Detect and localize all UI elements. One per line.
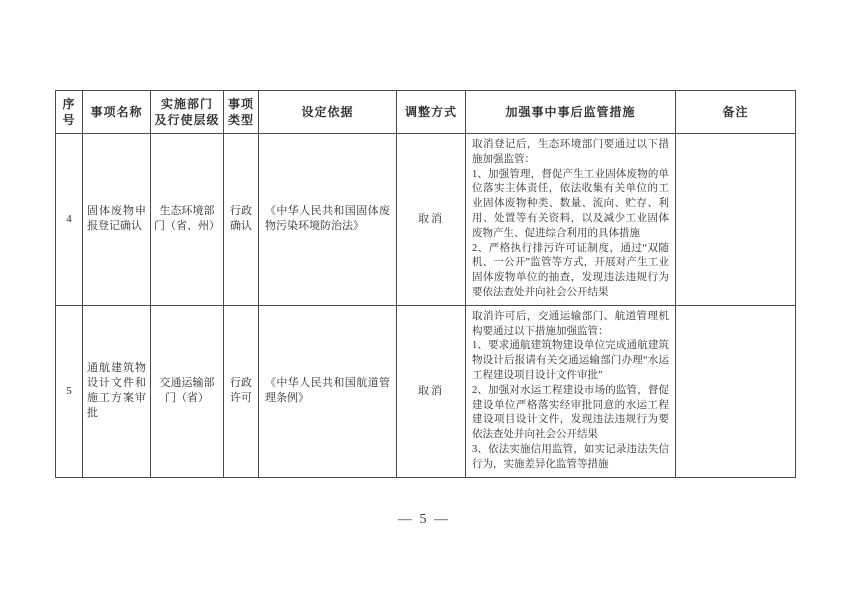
table-row: 4 固体废物申报登记确认 生态环境部 门（省、州） 行政确认 《中华人民共和国固… — [56, 134, 796, 306]
header-type: 事项 类型 — [224, 91, 259, 134]
header-remark: 备注 — [676, 91, 796, 134]
document-page: 序 号 事项名称 实施部门 及行使层级 事项 类型 设定依据 调整方式 加强事中… — [0, 0, 848, 600]
table-row: 5 通航建筑物设计文件和施工方案审批 交通运输部 门（省） 行政许可 《中华人民… — [56, 305, 796, 477]
cell-basis: 《中华人民共和国固体废物污染环境防治法》 — [259, 134, 397, 306]
table-header-row: 序 号 事项名称 实施部门 及行使层级 事项 类型 设定依据 调整方式 加强事中… — [56, 91, 796, 134]
cell-adjustment: 取消 — [397, 134, 466, 306]
header-measures: 加强事中事后监管措施 — [466, 91, 676, 134]
header-adjustment: 调整方式 — [397, 91, 466, 134]
header-item-name: 事项名称 — [83, 91, 151, 134]
cell-department: 生态环境部 门（省、州） — [151, 134, 224, 306]
header-seq: 序 号 — [56, 91, 83, 134]
page-number: — 5 — — [0, 512, 848, 528]
header-basis: 设定依据 — [259, 91, 397, 134]
cell-item-name: 固体废物申报登记确认 — [83, 134, 151, 306]
cell-seq: 4 — [56, 134, 83, 306]
cell-type: 行政确认 — [224, 134, 259, 306]
header-department: 实施部门 及行使层级 — [151, 91, 224, 134]
cell-measures: 取消登记后，生态环境部门要通过以下措施加强监管： 1、加强管理，督促产生工业固体… — [466, 134, 676, 306]
cell-department: 交通运输部 门（省） — [151, 305, 224, 477]
cell-type: 行政许可 — [224, 305, 259, 477]
cell-remark — [676, 134, 796, 306]
cell-basis: 《中华人民共和国航道管理条例》 — [259, 305, 397, 477]
cell-measures: 取消许可后，交通运输部门、航道管理机构要通过以下措施加强监管： 1、要求通航建筑… — [466, 305, 676, 477]
cell-adjustment: 取消 — [397, 305, 466, 477]
cell-item-name: 通航建筑物设计文件和施工方案审批 — [83, 305, 151, 477]
cell-remark — [676, 305, 796, 477]
regulation-items-table: 序 号 事项名称 实施部门 及行使层级 事项 类型 设定依据 调整方式 加强事中… — [55, 90, 796, 478]
cell-seq: 5 — [56, 305, 83, 477]
